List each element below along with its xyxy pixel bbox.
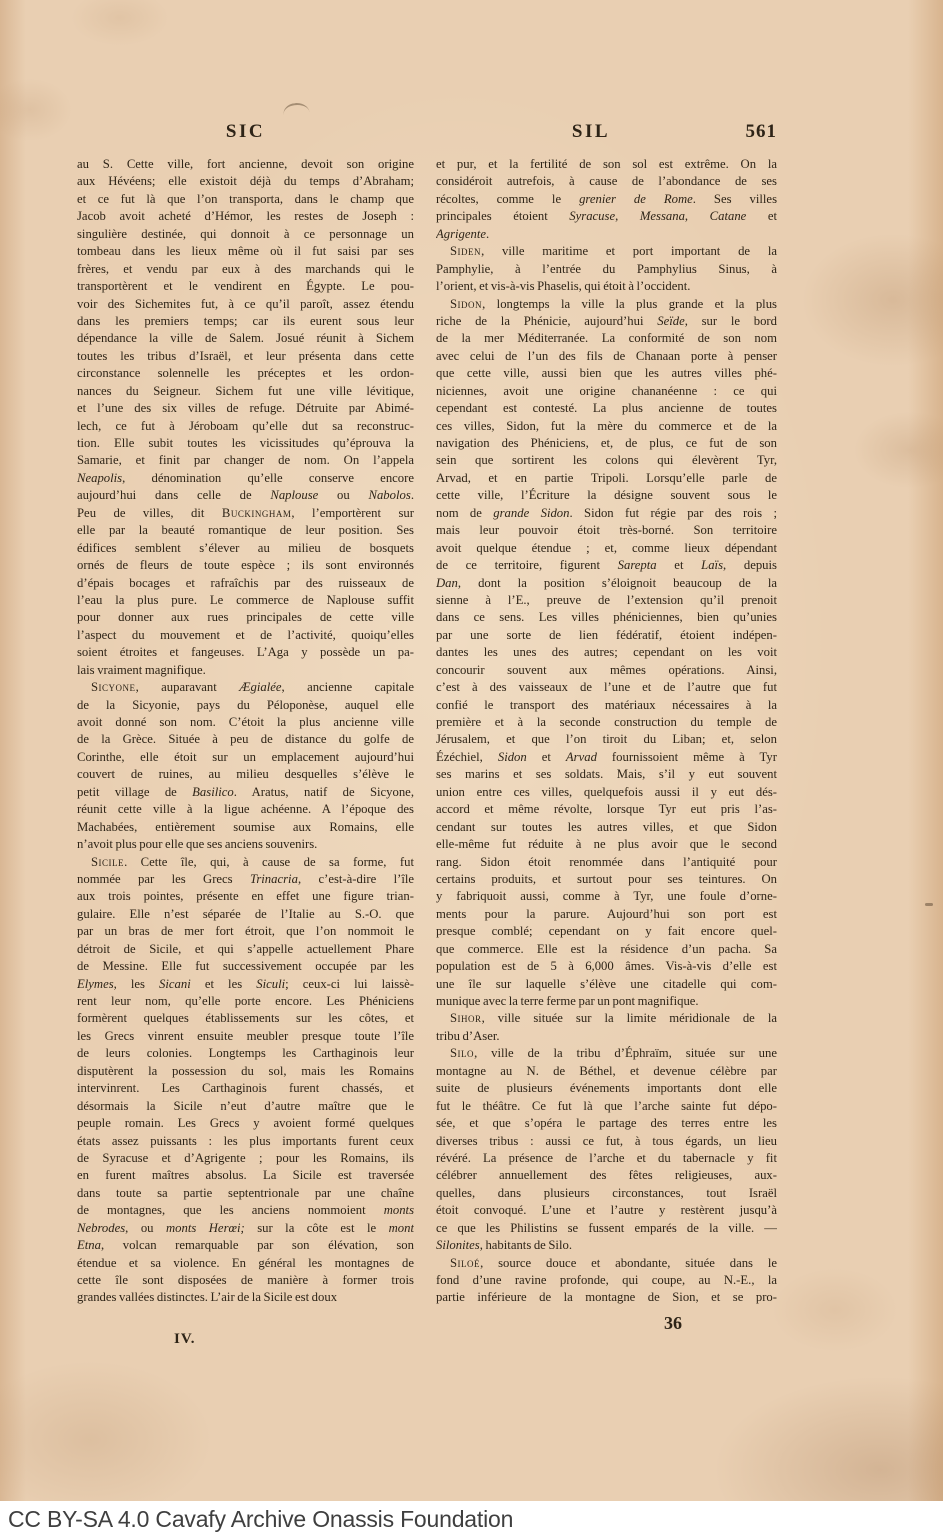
text-line: les Grecs vinrent ensuite meubler presqu… bbox=[77, 1028, 414, 1045]
text-line: union entre ces villes, quelquefois auss… bbox=[436, 784, 777, 801]
text-line: Jérusalem, et que l’on tiroit du Liban; … bbox=[436, 731, 777, 748]
text-line: Sihor, ville située sur la limite méridi… bbox=[436, 1010, 777, 1027]
text-line: dépendance la ville de Salem. Josué réun… bbox=[77, 330, 414, 347]
license-text: CC BY-SA 4.0 Cavafy Archive Onassis Foun… bbox=[0, 1506, 513, 1533]
text-line: ornés de fleurs de toute espèce ; ils so… bbox=[77, 557, 414, 574]
text-line: désormais la Sicile n’eut d’autre maître… bbox=[77, 1098, 414, 1115]
text-line: édifices semblent s’élever au milieu de … bbox=[77, 540, 414, 557]
text-line: réunit cette ville à la ligue achéenne. … bbox=[77, 801, 414, 818]
text-line: partie inférieure de la montagne de Sion… bbox=[436, 1289, 777, 1306]
text-line: nommée par les Grecs Trinacria, c’est-à-… bbox=[77, 871, 414, 888]
text-line: étendue et sa violence. En général les m… bbox=[77, 1255, 414, 1272]
text-line: certains produits, et surtout pour ses t… bbox=[436, 871, 777, 888]
text-line: ments pour la parure. Aujourd’hui son po… bbox=[436, 906, 777, 923]
text-line: de Syracuse et d’Agrigente ; pour les Ro… bbox=[77, 1150, 414, 1167]
text-line: cette ville, l’Écriture la désigne souve… bbox=[436, 487, 777, 504]
text-line: états assez puissants : les plus importa… bbox=[77, 1133, 414, 1150]
text-line: Etna, volcan remarquable par son élévati… bbox=[77, 1237, 414, 1254]
text-line: cependant est contesté. La plus ancienne… bbox=[436, 400, 777, 417]
text-line: Elymes, les Sicani et les Siculi; ceux-c… bbox=[77, 976, 414, 993]
header-left-title: SIC bbox=[77, 121, 414, 143]
text-line: diverses tribus : aussi ce fut, à tous é… bbox=[436, 1133, 777, 1150]
text-line: elle-même fut réduite à ne plus avoir qu… bbox=[436, 836, 777, 853]
text-line: munique avec la terre ferme par un pont … bbox=[436, 993, 777, 1010]
text-line: disputèrent la possession du sol, mais l… bbox=[77, 1063, 414, 1080]
text-line: Sicile. Cette île, qui, à cause de sa fo… bbox=[77, 854, 414, 871]
text-line: riche de la Phénicie, aujourd’hui Seïde,… bbox=[436, 313, 777, 330]
text-line: accord et même révolte, lorsque Tyr eut … bbox=[436, 801, 777, 818]
text-line: population est de 5 à 6,000 âmes. Vis-à-… bbox=[436, 958, 777, 975]
text-line: transportèrent et le vendirent en Égypte… bbox=[77, 278, 414, 295]
text-line: rent leur nom, qu’elle porte encore. Les… bbox=[77, 993, 414, 1010]
text-line: toutes les tribus d’Israël, et leur prés… bbox=[77, 348, 414, 365]
text-line: singulière destinée, qui donnoit à ce pe… bbox=[77, 226, 414, 243]
text-line: Samarie, et finit par changer de nom. On… bbox=[77, 452, 414, 469]
sheet-number: 36 bbox=[664, 1313, 682, 1334]
text-line: révéré. La présence de l’arche et du tab… bbox=[436, 1150, 777, 1167]
text-line: de la Sicyonie, pays du Péloponèse, auqu… bbox=[77, 697, 414, 714]
text-line: circonstance solennelle les préceptes et… bbox=[77, 365, 414, 382]
text-line: détroit de Sicile, et qui s’appelle actu… bbox=[77, 941, 414, 958]
text-line: que cette ville, aussi bien que les autr… bbox=[436, 365, 777, 382]
text-line: en furent maîtres absolus. La Sicile est… bbox=[77, 1167, 414, 1184]
text-line: Dan, dont la position s’éloignoit beauco… bbox=[436, 575, 777, 592]
ink-smudge bbox=[282, 101, 309, 117]
signature-mark: IV. bbox=[174, 1331, 196, 1348]
text-line: sée, et que s’opéra le partage des terre… bbox=[436, 1115, 777, 1132]
text-line: aux trois pointes, présente en effet une… bbox=[77, 888, 414, 905]
text-line: rang. Sidon étoit renommée dans l’antiqu… bbox=[436, 854, 777, 871]
text-line: l’eau la plus pure. Le commerce de Naplo… bbox=[77, 592, 414, 609]
text-line: célébrer annuellement des fêtes religieu… bbox=[436, 1167, 777, 1184]
text-line: aux Hévéens; elle existoit déjà du temps… bbox=[77, 173, 414, 190]
text-line: gulaire. Elle n’est séparée de l’Italie … bbox=[77, 906, 414, 923]
text-line: que commerce. Elle est la résidence d’un… bbox=[436, 941, 777, 958]
text-line: de Messine. Elle fut successivement occu… bbox=[77, 958, 414, 975]
text-line: tribu d’Aser. bbox=[436, 1028, 777, 1045]
text-line: nom de grande Sidon. Sidon fut régie par… bbox=[436, 505, 777, 522]
text-line: par une sorte de lien fédératif, étoient… bbox=[436, 627, 777, 644]
text-line: lais vraiment magnifique. bbox=[77, 662, 414, 679]
text-line: y fabriquoit aussi, comme à Tyr, une fou… bbox=[436, 888, 777, 905]
text-line: l’aspect du mouvement et de l’activité, … bbox=[77, 627, 414, 644]
text-line: voir des Sichemites fut, à ce qu’il paro… bbox=[77, 296, 414, 313]
text-line: de ce territoire, figurent Sarepta et La… bbox=[436, 557, 777, 574]
text-line: d’épais bocages et rafraîchis par des ru… bbox=[77, 575, 414, 592]
text-line: confié le transport des matériaux nécess… bbox=[436, 697, 777, 714]
text-line: de la mer Méditerranée. La conformité de… bbox=[436, 330, 777, 347]
text-line: ce que les Philistins se fussent emparés… bbox=[436, 1220, 777, 1237]
text-line: et pur, et la fertilité de son sol est e… bbox=[436, 156, 777, 173]
text-line: une île sur laquelle s’élève une citadel… bbox=[436, 976, 777, 993]
text-line: montagne au N. de Béthel, et devenue cél… bbox=[436, 1063, 777, 1080]
text-line: Silonites, habitants de Silo. bbox=[436, 1237, 777, 1254]
text-line: fut le théâtre. Ce fut là que l’arche sa… bbox=[436, 1098, 777, 1115]
text-column-right: et pur, et la fertilité de son sol est e… bbox=[436, 156, 777, 1307]
book-page-scan: SIC SIL 561 au S. Cette ville, fort anci… bbox=[0, 0, 943, 1501]
text-line: Machabées, entièrement soumise aux Romai… bbox=[77, 819, 414, 836]
text-line: de la Grèce. Située à peu de distance du… bbox=[77, 731, 414, 748]
text-column-left: au S. Cette ville, fort ancienne, devoit… bbox=[77, 156, 414, 1307]
text-line: n’avoit plus pour elle que ses anciens s… bbox=[77, 836, 414, 853]
text-line: soient étroites et fangeuses. L’Aga y po… bbox=[77, 644, 414, 661]
text-line: de montagnes, que les anciens nommoient … bbox=[77, 1202, 414, 1219]
text-line: formèrent quelques établissements sur le… bbox=[77, 1010, 414, 1027]
text-line: tion. Elle subit toutes les vicissitudes… bbox=[77, 435, 414, 452]
text-line: Arvad, et en partie Tripoli. Lorsqu’elle… bbox=[436, 470, 777, 487]
text-line: aujourd’hui dans celle de Naplouse ou Na… bbox=[77, 487, 414, 504]
text-line: sienne à l’E., preuve de l’extension qu’… bbox=[436, 592, 777, 609]
text-line: Ézéchiel, Sidon et Arvad fournissoient m… bbox=[436, 749, 777, 766]
text-line: par un bras de mer fort étroit, que l’on… bbox=[77, 923, 414, 940]
text-line: principales étoient Syracuse, Messana, C… bbox=[436, 208, 777, 225]
page-number: 561 bbox=[640, 121, 777, 143]
text-line: Siloé, source douce et abondante, située… bbox=[436, 1255, 777, 1272]
text-line: ses marins et ses soldats. Mais, s’il y … bbox=[436, 766, 777, 783]
text-line: étoit convoqué. L’une et l’autre y restè… bbox=[436, 1202, 777, 1219]
text-line: cendant sur toutes les autres villes, et… bbox=[436, 819, 777, 836]
text-line: dans ce sens. Les villes phéniciennes, b… bbox=[436, 609, 777, 626]
text-line: dans les premiers temps; car ils eurent … bbox=[77, 313, 414, 330]
text-line: lech, ce fut à Jéroboam qu’elle dut sa r… bbox=[77, 418, 414, 435]
text-line: frères, et vendu par eux à des marchands… bbox=[77, 261, 414, 278]
text-line: intervinrent. Les Carthaginois furent ch… bbox=[77, 1080, 414, 1097]
text-line: navigation des Phéniciens, et, de plus, … bbox=[436, 435, 777, 452]
text-line: dans toute sa partie septentrionale par … bbox=[77, 1185, 414, 1202]
text-line: c’est à des vaisseaux de l’une et de l’a… bbox=[436, 679, 777, 696]
text-line: Siden, ville maritime et port important … bbox=[436, 243, 777, 260]
text-line: l’orient, et vis-à-vis Phaselis, qui éto… bbox=[436, 278, 777, 295]
text-line: et ce fut là que l’on transporta, dans l… bbox=[77, 191, 414, 208]
text-line: mais leur pouvoir étoit très-borné. Son … bbox=[436, 522, 777, 539]
text-line: nances du Seigneur. Sichem fut une ville… bbox=[77, 383, 414, 400]
text-line: suite de plusieurs événements importants… bbox=[436, 1080, 777, 1097]
text-line: récoltes, comme le grenier de Rome. Ses … bbox=[436, 191, 777, 208]
text-line: Nebrodes, ou monts Herœi; sur la côte es… bbox=[77, 1220, 414, 1237]
text-line: pour donner aux rues principales de cett… bbox=[77, 609, 414, 626]
text-line: tombeau dans les lieux même où il fut sa… bbox=[77, 243, 414, 260]
text-line: concourir souvent aux mêmes opérations. … bbox=[436, 662, 777, 679]
text-line: Corinthe, elle étoit sur un emplacement … bbox=[77, 749, 414, 766]
text-line: de leurs colonies. Longtemps les Carthag… bbox=[77, 1045, 414, 1062]
text-line: sein que sortirent les colons qui élevèr… bbox=[436, 452, 777, 469]
text-line: ces villes, Sidon, fut la mère du commer… bbox=[436, 418, 777, 435]
text-line: dantes les unes des autres; cependant on… bbox=[436, 644, 777, 661]
text-line: niciennes, avoit une origine chananéenne… bbox=[436, 383, 777, 400]
text-line: Jacob avoit acheté d’Hémor, les restes d… bbox=[77, 208, 414, 225]
text-line: avec celui de l’un des fils de Chanaan p… bbox=[436, 348, 777, 365]
text-line: presque comblé; cependant on y fait enco… bbox=[436, 923, 777, 940]
text-line: grandes vallées distinctes. L’air de la … bbox=[77, 1289, 414, 1306]
text-line: avoit donné son nom. C’étoit la plus anc… bbox=[77, 714, 414, 731]
text-line: et l’une des six villes de refuge. Détru… bbox=[77, 400, 414, 417]
text-line: considéroit autrefois, à cause de l’abon… bbox=[436, 173, 777, 190]
text-line: quelles, dans plusieurs circonstances, t… bbox=[436, 1185, 777, 1202]
text-line: elle par la beauté romantique de leur po… bbox=[77, 522, 414, 539]
text-line: au S. Cette ville, fort ancienne, devoit… bbox=[77, 156, 414, 173]
text-line: Sidon, longtemps la ville la plus grande… bbox=[436, 296, 777, 313]
text-line: Sicyone, auparavant Ægialée, ancienne ca… bbox=[77, 679, 414, 696]
text-line: peuple romain. Les Grecs y avoient formé… bbox=[77, 1115, 414, 1132]
license-bar: CC BY-SA 4.0 Cavafy Archive Onassis Foun… bbox=[0, 1501, 943, 1537]
margin-speck bbox=[925, 903, 933, 906]
text-line: Peu de villes, dit Buckingham, l’emportè… bbox=[77, 505, 414, 522]
text-line: couvert de ruines, au milieu desquelles … bbox=[77, 766, 414, 783]
text-line: petit village de Basilico. Aratus, natif… bbox=[77, 784, 414, 801]
text-line: Agrigente. bbox=[436, 226, 777, 243]
text-line: première et à la seconde construction du… bbox=[436, 714, 777, 731]
text-line: Pamphylie, à l’entrée du Pamphylius Sinu… bbox=[436, 261, 777, 278]
text-line: Neapolis, dénomination qu’elle conserve … bbox=[77, 470, 414, 487]
text-line: cette île sont disposées de manière à fo… bbox=[77, 1272, 414, 1289]
text-line: avoit quelque étendue ; et, comme lieux … bbox=[436, 540, 777, 557]
text-line: fond d’une ravine profonde, qui coupe, a… bbox=[436, 1272, 777, 1289]
text-line: Silo, ville de la tribu d’Éphraïm, situé… bbox=[436, 1045, 777, 1062]
